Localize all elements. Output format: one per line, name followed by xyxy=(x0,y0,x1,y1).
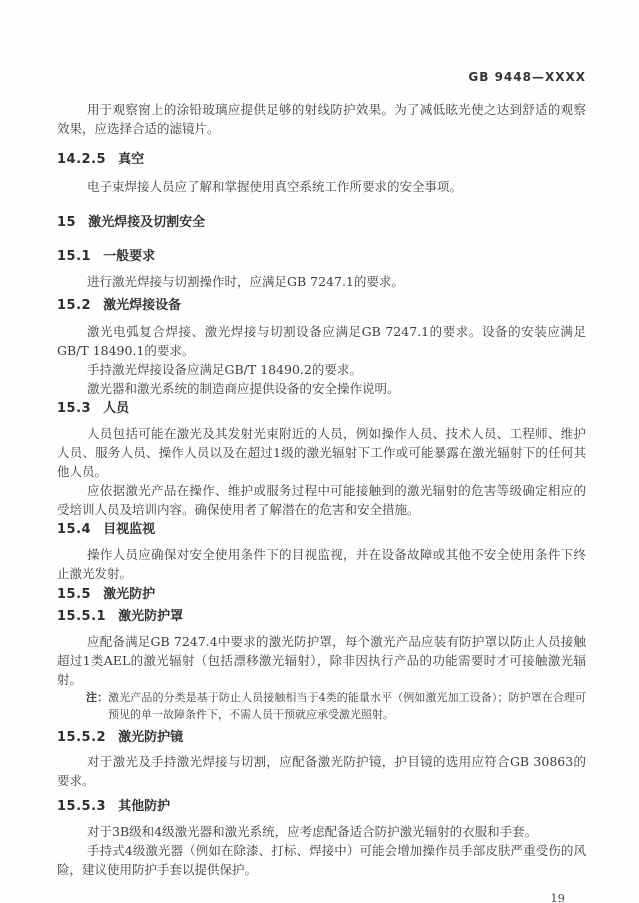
heading-14-2-5: 14.2.5真空 xyxy=(57,151,586,168)
clause-number: 15.2 xyxy=(57,297,91,314)
clause-title: 激光防护罩 xyxy=(118,609,183,624)
page-number: 19 xyxy=(57,891,586,903)
clause-title: 人员 xyxy=(103,401,129,416)
heading-15-5-3: 15.5.3其他防护 xyxy=(57,798,586,815)
clause-number: 15.5 xyxy=(57,586,91,603)
document-page: GB 9448—XXXX 用于观察窗上的涂铅玻璃应提供足够的射线防护效果。为了减… xyxy=(0,0,639,903)
clause-number: 15.5.1 xyxy=(57,608,106,625)
paragraph-15-5-1: 应配备满足GB 7247.4中要求的激光防护罩，每个激光产品应装有防护罩以防止人… xyxy=(57,632,586,689)
clause-title: 激光防护镜 xyxy=(118,730,183,745)
paragraph-15-3-a: 人员包括可能在激光及其发射光束附近的人员，例如操作人员、技术人员、工程师、维护人… xyxy=(57,424,586,481)
heading-15-5: 15.5激光防护 xyxy=(57,586,586,603)
clause-title: 其他防护 xyxy=(118,799,170,814)
paragraph-15-2-c: 激光器和激光系统的制造商应提供设备的安全操作说明。 xyxy=(57,379,586,398)
clause-title: 一般要求 xyxy=(103,249,155,264)
note-15-5-1: 注：激光产品的分类是基于防止人员接触相当于4类的能量水平（例如激光加工设备）；防… xyxy=(57,689,586,723)
paragraph-15-1: 进行激光焊接与切割操作时，应满足GB 7247.1的要求。 xyxy=(57,272,586,291)
clause-title: 目视监视 xyxy=(103,522,155,537)
clause-number: 15.5.3 xyxy=(57,798,106,815)
paragraph-intro: 用于观察窗上的涂铅玻璃应提供足够的射线防护效果。为了减低眩光使之达到舒适的观察效… xyxy=(57,100,586,138)
heading-15-3: 15.3人员 xyxy=(57,400,586,417)
clause-number: 15.1 xyxy=(57,248,91,265)
paragraph-15-2-a: 激光电弧复合焊接、激光焊接与切割设备应满足GB 7247.1的要求。设备的安装应… xyxy=(57,322,586,360)
note-label: 注： xyxy=(86,691,108,704)
paragraph-15-2-b: 手持激光焊接设备应满足GB/T 18490.2的要求。 xyxy=(57,360,586,379)
paragraph-14-2-5: 电子束焊接人员应了解和掌握使用真空系统工作所要求的安全事项。 xyxy=(57,177,586,196)
paragraph-15-5-3-b: 手持式4级激光器（例如在除漆、打标、焊接中）可能会增加操作员手部皮肤严重受伤的风… xyxy=(57,841,586,879)
clause-title: 真空 xyxy=(118,152,144,167)
paragraph-15-5-3-a: 对于3B级和4级激光器和激光系统，应考虑配备适合防护激光辐射的衣服和手套。 xyxy=(57,822,586,841)
heading-15-5-2: 15.5.2激光防护镜 xyxy=(57,729,586,746)
clause-number: 15 xyxy=(57,214,76,231)
clause-number: 15.4 xyxy=(57,521,91,538)
clause-number: 15.3 xyxy=(57,400,91,417)
clause-title: 激光防护 xyxy=(103,587,155,602)
clause-number: 15.5.2 xyxy=(57,729,106,746)
paragraph-15-5-2: 对于激光及手持激光焊接与切割，应配备激光防护镜，护目镜的选用应符合GB 3086… xyxy=(57,752,586,790)
heading-15-1: 15.1一般要求 xyxy=(57,248,586,265)
heading-15-2: 15.2激光焊接设备 xyxy=(57,297,586,314)
heading-15: 15激光焊接及切割安全 xyxy=(57,214,586,231)
clause-number: 14.2.5 xyxy=(57,151,106,168)
heading-15-4: 15.4目视监视 xyxy=(57,521,586,538)
paragraph-15-4: 操作人员应确保对安全使用条件下的目视监视，并在设备故障或其他不安全使用条件下终止… xyxy=(57,545,586,583)
paragraph-15-3-b: 应依据激光产品在操作、维护或服务过程中可能接触到的激光辐射的危害等级确定相应的受… xyxy=(57,481,586,519)
doc-number: GB 9448—XXXX xyxy=(57,70,586,84)
clause-title: 激光焊接及切割安全 xyxy=(88,215,205,230)
heading-15-5-1: 15.5.1激光防护罩 xyxy=(57,608,586,625)
note-text: 激光产品的分类是基于防止人员接触相当于4类的能量水平（例如激光加工设备）；防护罩… xyxy=(108,691,586,721)
clause-title: 激光焊接设备 xyxy=(103,298,181,313)
